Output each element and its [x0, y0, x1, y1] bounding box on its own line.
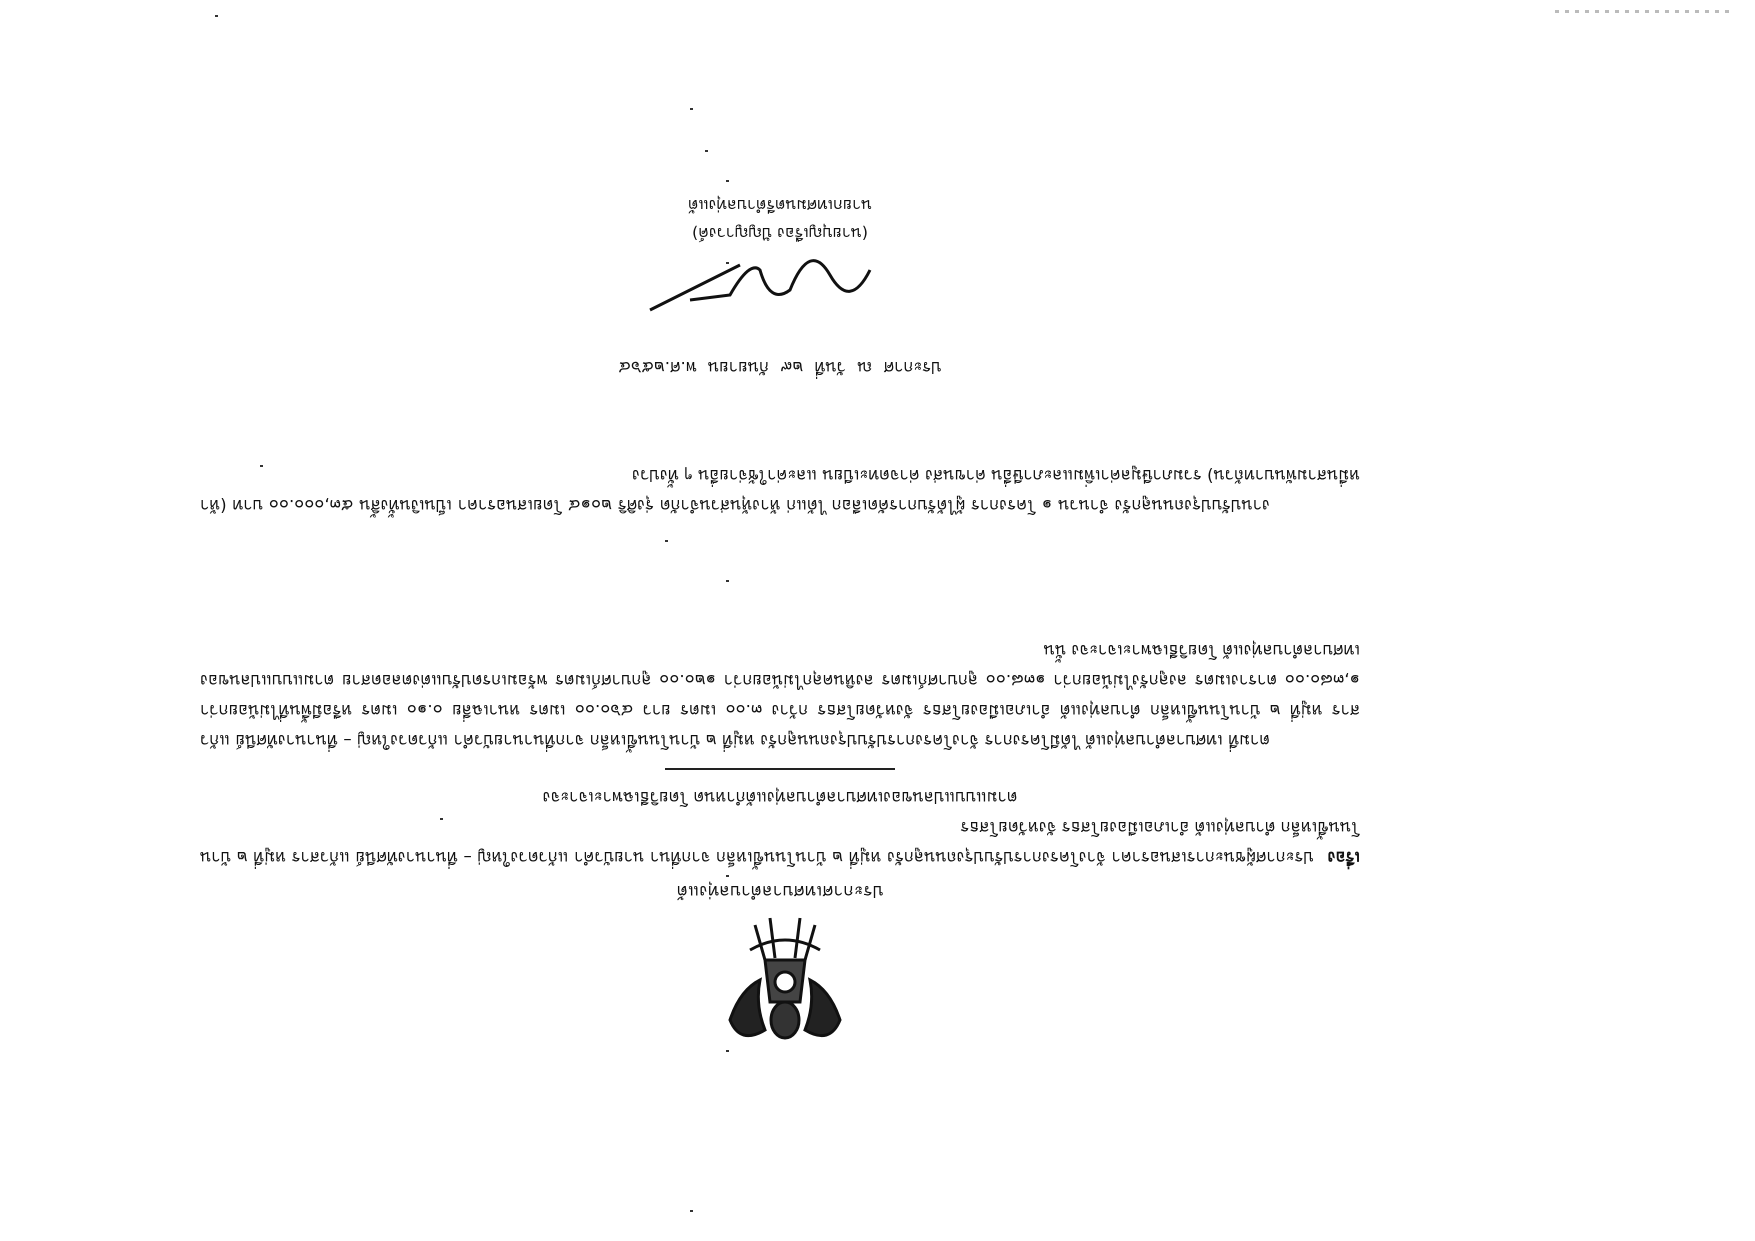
announcement-document: ประกาศเทศบาลตำบลทุ่งแต้ เรื่อง ประกาศผู้… [200, 120, 1360, 1020]
divider-line [665, 768, 895, 770]
header-title: ประกาศเทศบาลตำบลทุ่งแต้ [200, 878, 1360, 905]
garuda-emblem-icon [720, 910, 850, 1050]
announcement-date: ประกาศ ณ วันที่ ๒๙ กันยายน พ.ศ.๒๕๖๔ [200, 354, 1360, 380]
scan-speck [690, 108, 693, 110]
signer-title: นายกเทศมนตรีตำบลทุ่งแต้ [200, 192, 1360, 217]
scan-speck [215, 15, 218, 17]
paragraph-2: งานปรับปรุงถนนลูกรัง จำนวน ๑ โครงการ ผู้… [200, 460, 1360, 520]
scan-edge-artifact [1555, 10, 1735, 13]
subject-line-2: ตามแบบแปลนของเทศบาลตำบลทุ่งแต้กำหนด โดยว… [200, 782, 1360, 812]
signature-icon [630, 250, 890, 320]
scan-speck [690, 1210, 693, 1212]
scanned-page: ประกาศเทศบาลตำบลทุ่งแต้ เรื่อง ประกาศผู้… [0, 0, 1755, 1241]
paragraph-1: ตามที่ เทศบาลตำบลทุ่งแต้ ได้มีโครงการ จ้… [200, 635, 1360, 755]
scan-speck [726, 1050, 729, 1052]
subject-block: เรื่อง ประกาศผู้ชนะการเสนอราคา จ้างโครงก… [200, 782, 1360, 872]
signer-name: (นายบุญเรือง ปัญญาวงค์) [200, 220, 1360, 245]
subject-label: เรื่อง [1328, 848, 1360, 867]
subject-text: ประกาศผู้ชนะการเสนอราคา จ้างโครงการปรับป… [200, 818, 1360, 867]
